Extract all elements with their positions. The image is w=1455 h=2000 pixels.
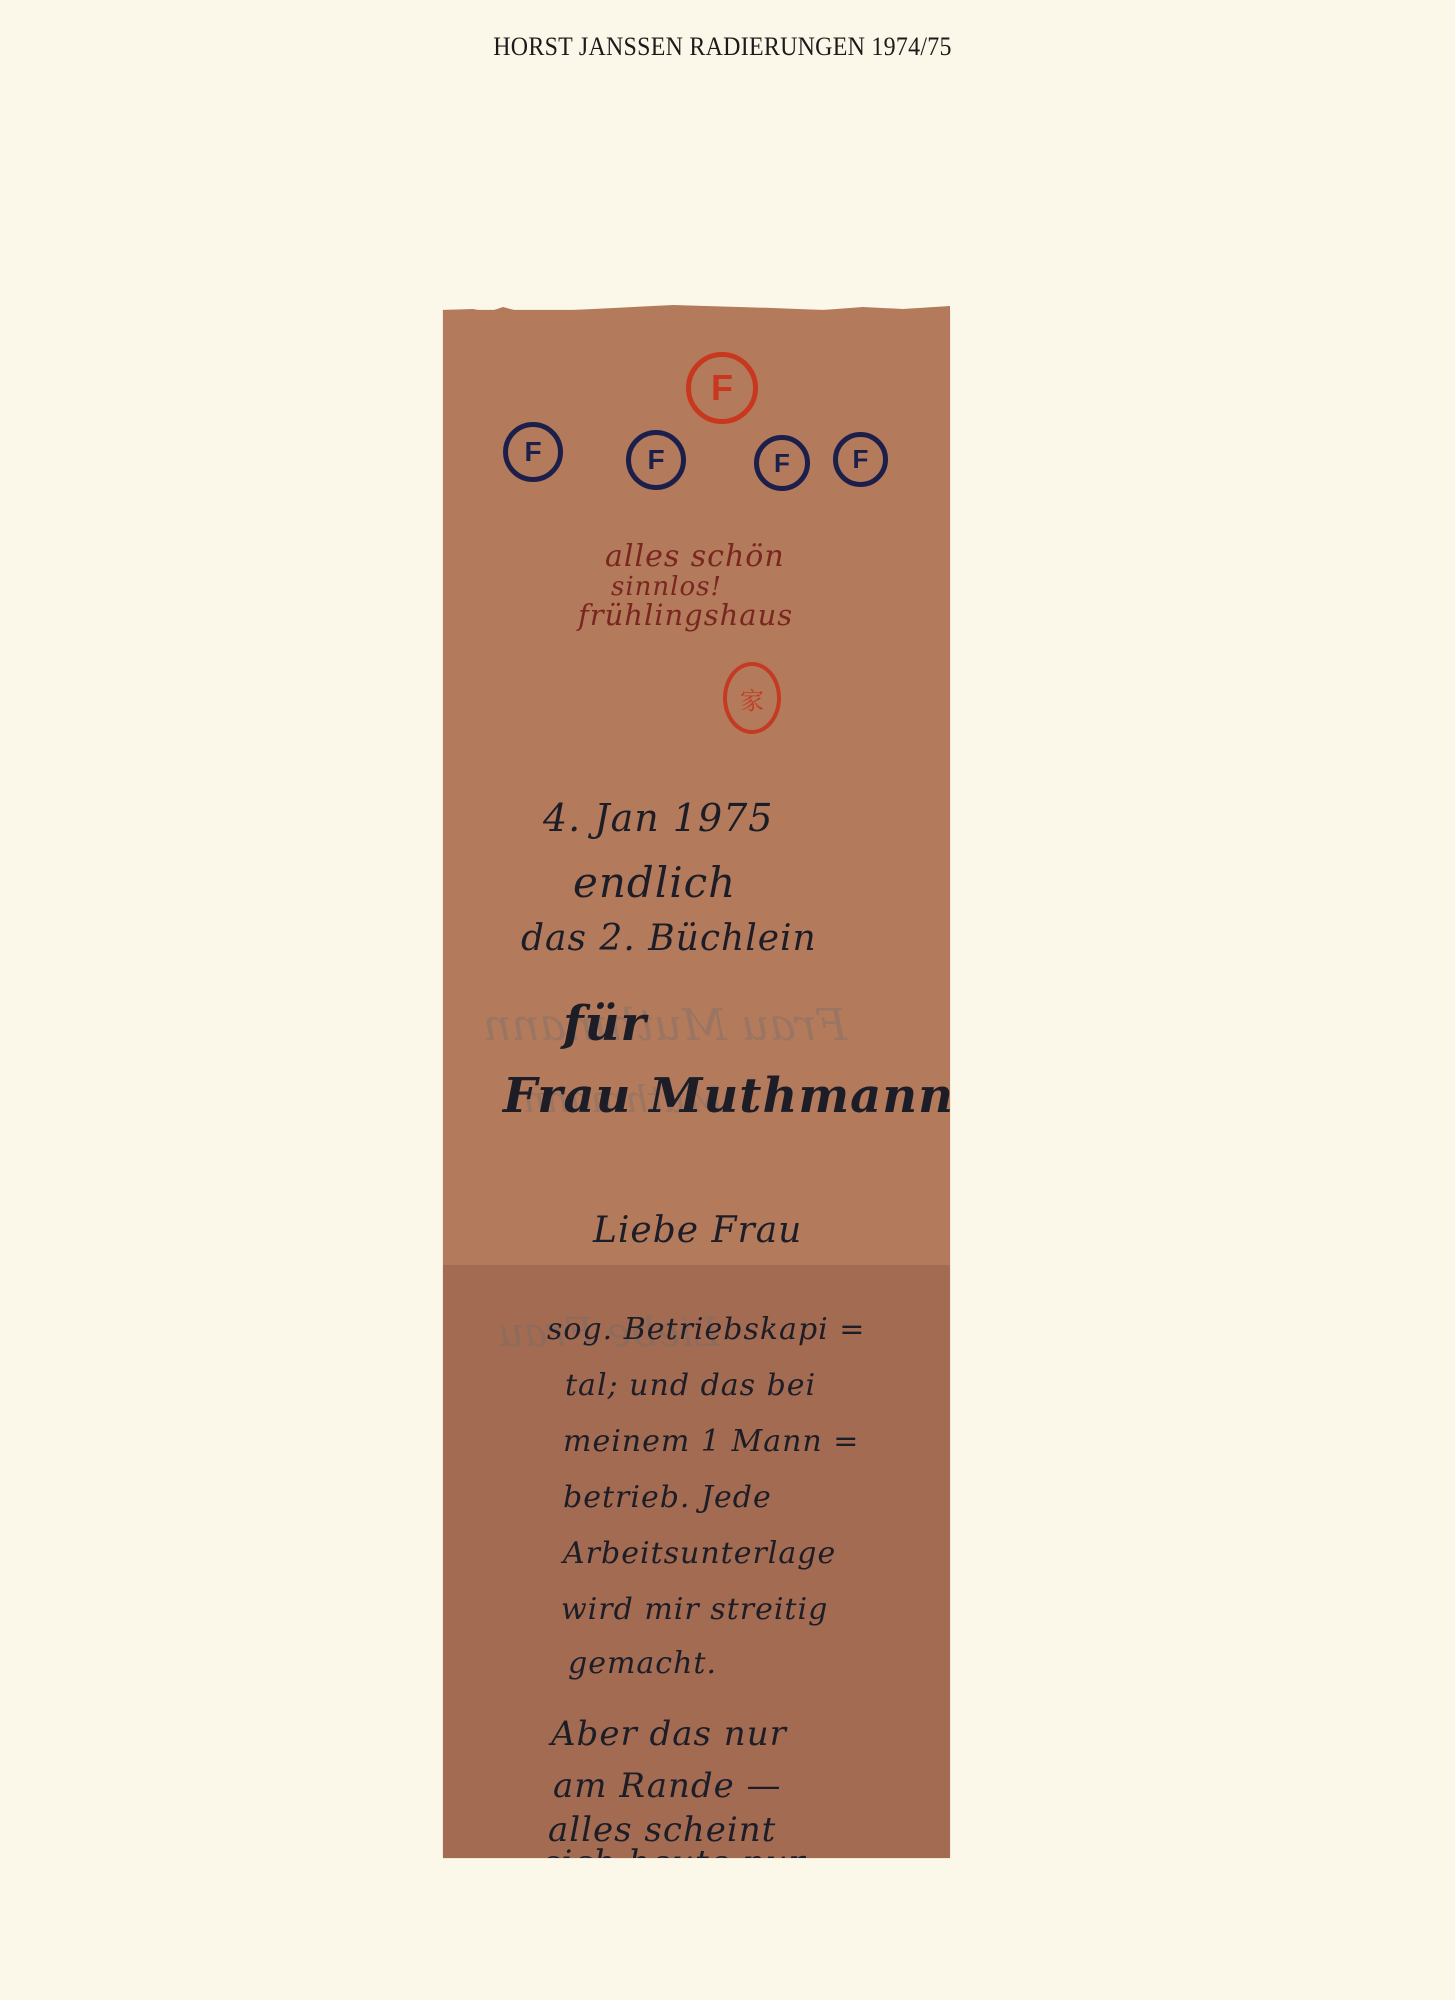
red-inscription-line: frühlingshaus — [578, 600, 793, 630]
letter-line: für — [563, 996, 647, 1052]
blue-ff-stamp-icon: F — [626, 430, 686, 490]
letter-line: alles scheint — [548, 1810, 776, 1850]
letter-line: das 2. Büchlein — [521, 918, 817, 959]
stamps-group: F F F F F — [443, 310, 950, 510]
letter-line: wird mir streitig — [561, 1592, 828, 1627]
ghost-text: Frau Muthmann — [483, 1000, 847, 1051]
letter-line: Liebe Frau — [593, 1210, 802, 1251]
letter-line: Aber das nur — [551, 1714, 787, 1754]
letter-line: am Rande — — [553, 1766, 782, 1806]
letter-line: tal; und das bei — [565, 1368, 816, 1403]
letter-line: endlich — [573, 858, 736, 907]
page-header-title: HORST JANSSEN RADIERUNGEN 1974/75 — [53, 32, 1392, 62]
letter-date: 4. Jan 1975 — [543, 796, 773, 840]
letter-line: Arbeitsunterlage — [563, 1536, 836, 1571]
letter-paper: F F F F F alles schön sinnlos! frühlings… — [443, 310, 950, 1858]
blue-ff-stamp-icon: F — [754, 435, 810, 491]
red-inscription-line: alles schön — [605, 542, 785, 572]
letter-line: sog. Betriebskapi = — [547, 1312, 865, 1347]
blue-ff-stamp-icon: F — [503, 422, 563, 482]
letter-line: meinem 1 Mann = — [563, 1424, 859, 1459]
letter-line: gemacht. — [568, 1646, 717, 1681]
red-ff-stamp-icon: F — [686, 352, 758, 424]
letter-line: betrieb. Jede — [563, 1480, 772, 1515]
letter-line-cut-off: sich heute nur — [543, 1848, 806, 1858]
blue-ff-stamp-icon: F — [833, 432, 888, 487]
letter-line: Frau Muthmann — [503, 1068, 954, 1124]
red-seal-icon: 家 — [723, 662, 781, 734]
